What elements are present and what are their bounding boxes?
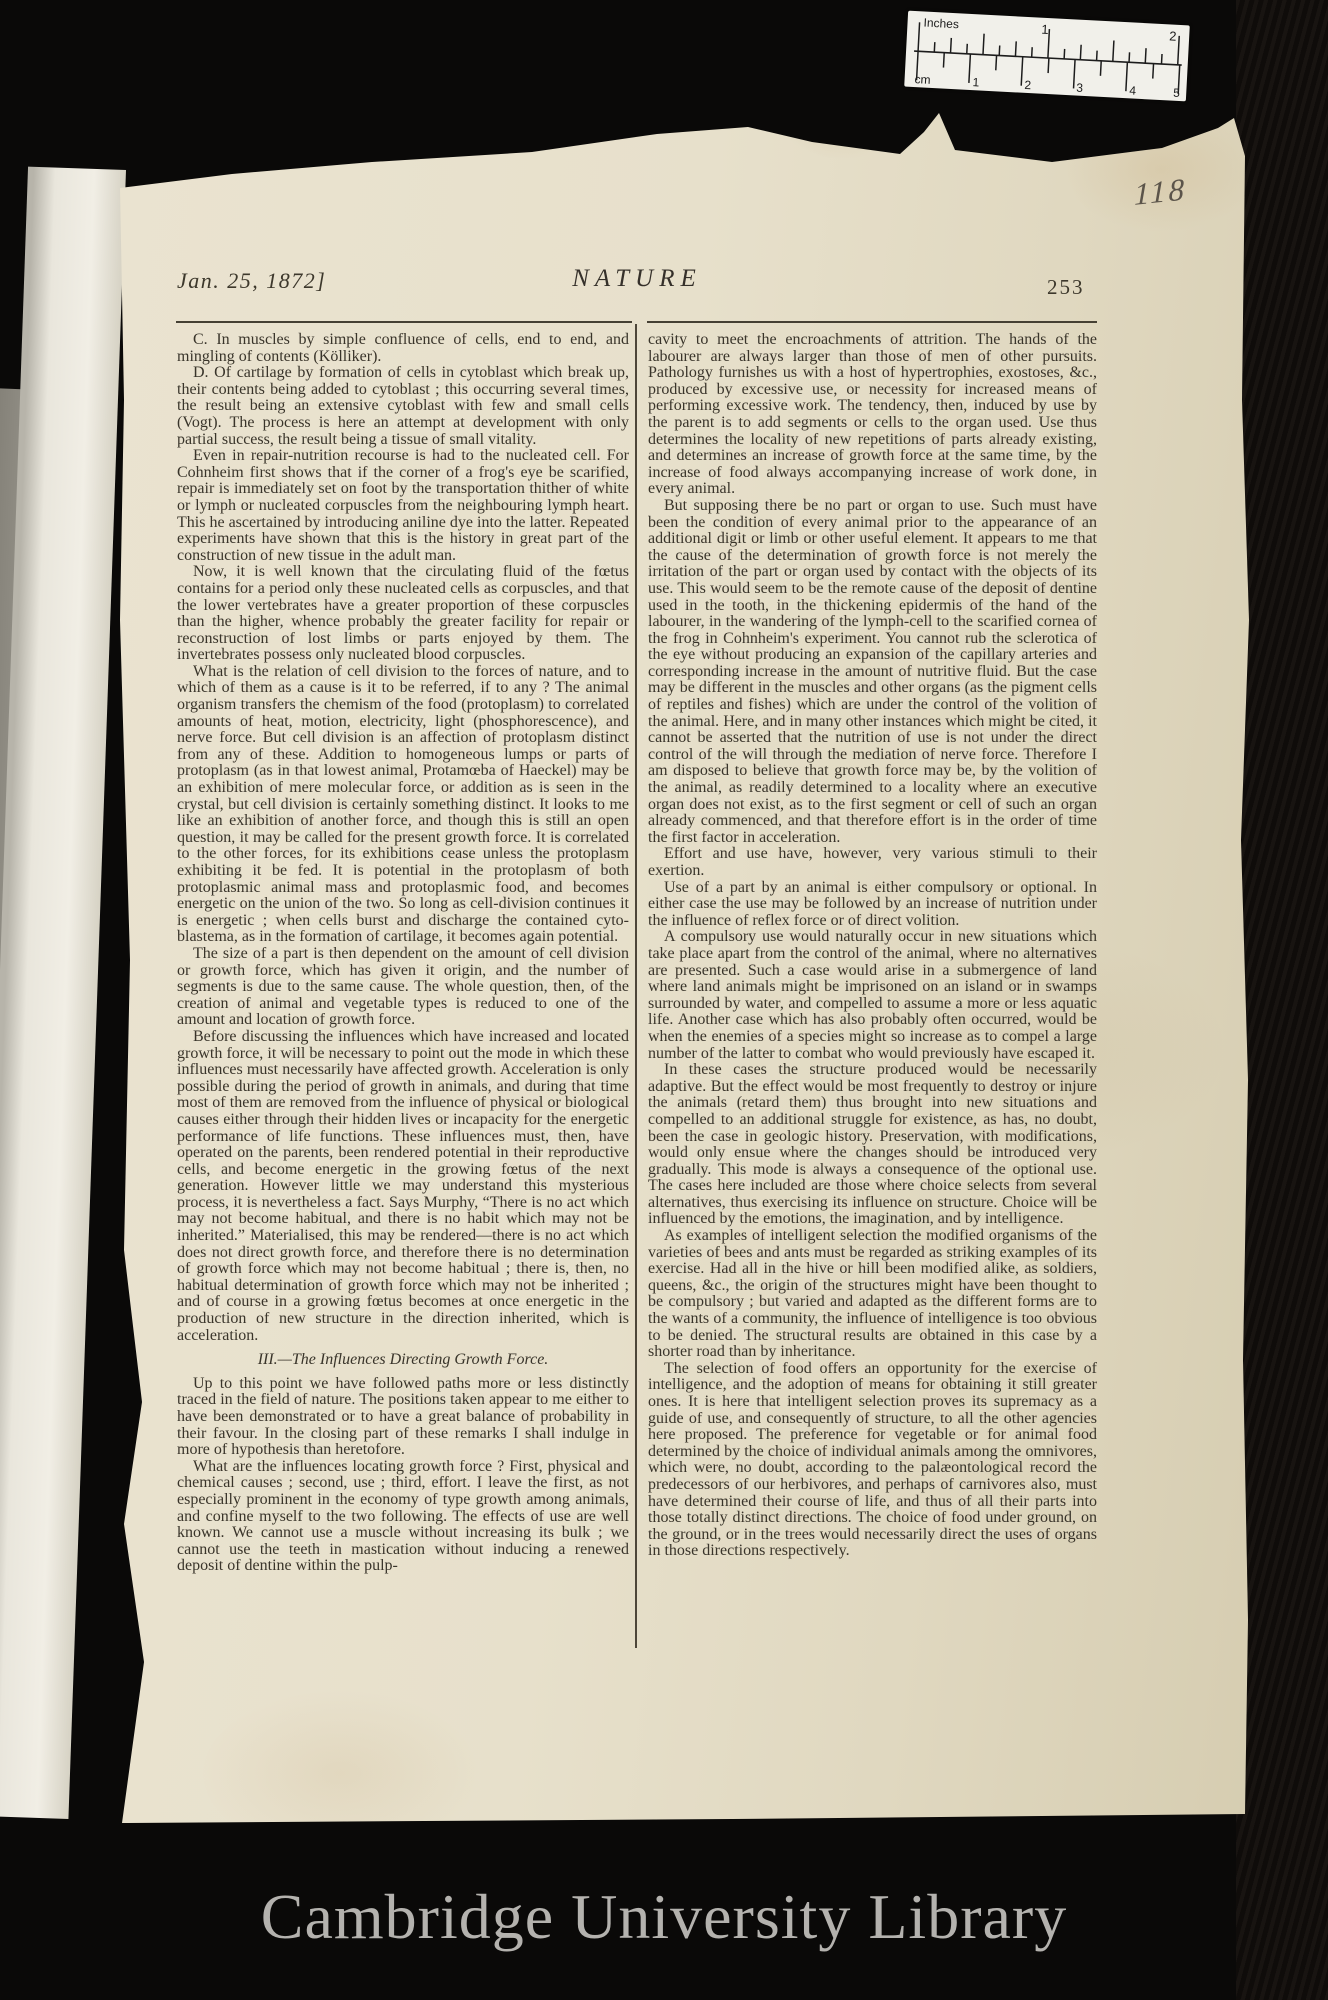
left-column-part-2: Up to this point we have followed paths … <box>177 1376 629 1575</box>
paragraph: C. In muscles by simple confluence of ce… <box>177 332 629 365</box>
paragraph: Up to this point we have followed paths … <box>177 1376 629 1459</box>
library-watermark: Cambridge University Library <box>0 1880 1328 1954</box>
paragraph: Even in repair-nutrition recourse is had… <box>177 448 629 564</box>
ruler-inches-label: Inches <box>923 16 959 32</box>
header-rule-left <box>176 321 632 323</box>
paragraph: A compulsory use would naturally occur i… <box>648 929 1097 1062</box>
right-column: cavity to meet the encroachments of attr… <box>648 332 1097 1560</box>
paragraph: cavity to meet the encroachments of attr… <box>648 332 1097 498</box>
ruler-cm-1: 1 <box>972 75 980 89</box>
paragraph: As examples of intelligent selection the… <box>648 1228 1097 1361</box>
page-number: 253 <box>1047 275 1085 300</box>
paragraph: Use of a part by an animal is either com… <box>648 880 1097 930</box>
ruler-cm-3: 3 <box>1076 81 1084 95</box>
paragraph: But supposing there be no part or organ … <box>648 498 1097 846</box>
left-column: C. In muscles by simple confluence of ce… <box>177 332 629 1575</box>
column-divider-rule <box>635 324 637 1648</box>
ruler-graphic: Inches 1 2 cm 1 2 3 4 5 <box>904 11 1190 102</box>
left-column-part-1: C. In muscles by simple confluence of ce… <box>177 332 629 1344</box>
ruler-cm-4: 4 <box>1129 83 1137 97</box>
paragraph: What are the influences locating growth … <box>177 1459 629 1575</box>
paragraph: Now, it is well known that the circulati… <box>177 564 629 664</box>
ruler-inch-1: 1 <box>1041 22 1049 37</box>
paragraph: D. Of cartilage by formation of cells in… <box>177 365 629 448</box>
ruler-inch-2: 2 <box>1169 28 1177 43</box>
journal-title: NATURE <box>492 265 782 293</box>
section-heading: III.—The Influences Directing Growth For… <box>177 1352 629 1369</box>
velvet-background <box>1236 0 1328 2000</box>
measurement-ruler: Inches 1 2 cm 1 2 3 4 5 <box>904 11 1190 102</box>
ruler-cm-5: 5 <box>1173 86 1181 100</box>
header-rule-right <box>647 321 1097 323</box>
ruler-cm-2: 2 <box>1024 78 1032 92</box>
journal-page: Jan. 25, 1872] NATURE 253 C. In muscles … <box>112 100 1252 1825</box>
library-scan: Jan. 25, 1872] NATURE 253 C. In muscles … <box>0 0 1328 2000</box>
paragraph: The size of a part is then dependent on … <box>177 946 629 1029</box>
underlying-sheet-edge <box>0 167 126 1819</box>
paragraph: Before discussing the influences which h… <box>177 1029 629 1344</box>
paragraph: What is the relation of cell division to… <box>177 664 629 946</box>
handwritten-folio-number: 118 <box>1134 171 1187 213</box>
ruler-cm-label: cm <box>914 72 931 87</box>
running-head-date: Jan. 25, 1872] <box>177 268 326 294</box>
paragraph: In these cases the structure produced wo… <box>648 1062 1097 1228</box>
paragraph: The selection of food offers an opportun… <box>648 1361 1097 1560</box>
paragraph: Effort and use have, however, very vario… <box>648 846 1097 879</box>
